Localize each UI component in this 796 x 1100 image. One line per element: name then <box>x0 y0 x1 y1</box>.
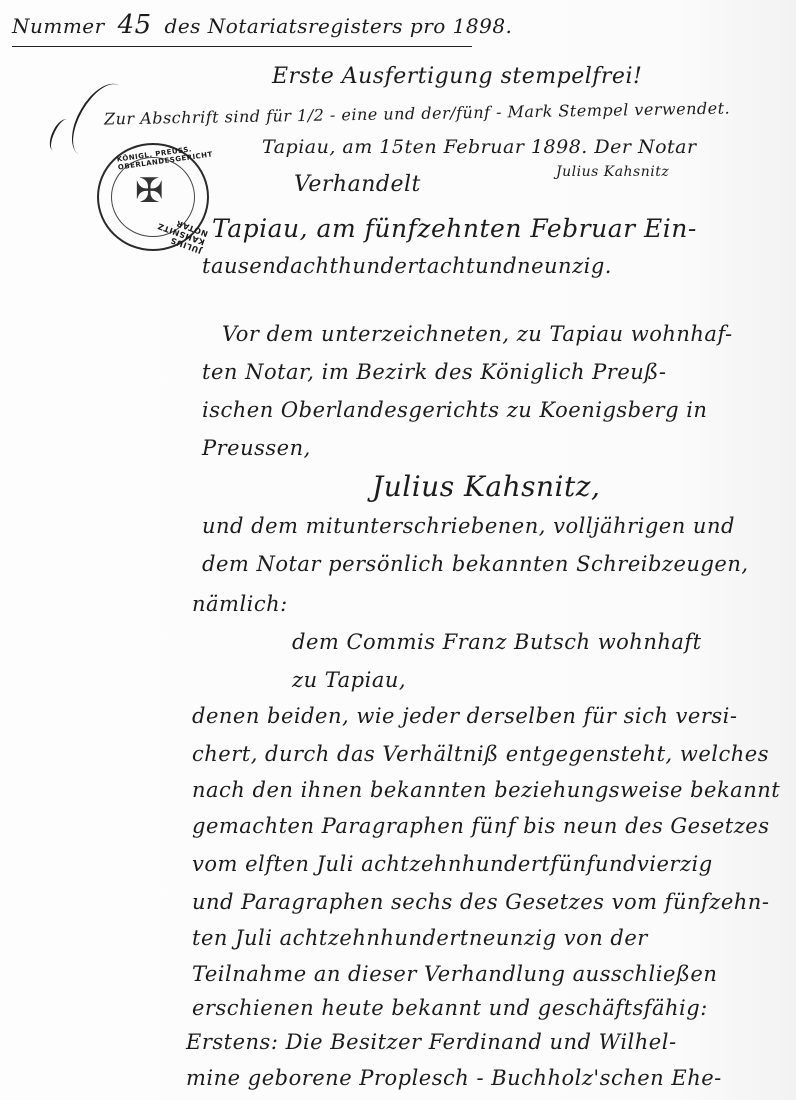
body-line: Erstens: Die Besitzer Ferdinand und Wilh… <box>186 1030 677 1054</box>
register-number: 45 <box>118 10 152 40</box>
body-line: ten Juli achtzehnhundertneunzig von der <box>192 926 648 950</box>
document-page: Nummer 45 des Notariatsregisters pro 189… <box>0 0 796 1100</box>
body-line: Teilnahme an dieser Verhandlung ausschli… <box>192 962 717 986</box>
header-prefix: Nummer <box>12 14 105 38</box>
register-number-header: Nummer 45 des Notariatsregisters pro 189… <box>12 10 472 47</box>
body-line: zu Tapiau, <box>292 668 406 692</box>
body-line: gemachten Paragraphen fünf bis neun des … <box>192 814 770 838</box>
body-line: nach den ihnen bekannten beziehungsweise… <box>192 778 780 802</box>
notary-seal: KÖNIGL. PREUSS. OBERLANDESGERICHT ✠ JULI… <box>97 143 209 251</box>
body-line: erschienen heute bekannt und geschäftsfä… <box>192 996 708 1020</box>
body-line: tausendachthundertachtundneunzig. <box>202 254 612 278</box>
annotation-line-2: Zur Abschrift sind für 1/2 - eine und de… <box>104 99 730 129</box>
party-name: Julius Kahsnitz, <box>372 470 600 503</box>
annotation-line-3: Tapiau, am 15ten Februar 1898. Der Notar <box>262 136 697 158</box>
witness-line: dem Commis Franz Butsch wohnhaft <box>292 630 702 654</box>
annotation-line-1: Erste Ausfertigung stempelfrei! <box>272 64 642 89</box>
body-line: ten Notar, im Bezirk des Königlich Preuß… <box>202 360 666 384</box>
header-suffix: des Notariatsregisters pro 1898. <box>165 14 513 38</box>
body-line: dem Notar persönlich bekannten Schreibze… <box>202 552 749 576</box>
body-line: vom elften Juli achtzehnhundertfünfundvi… <box>192 852 713 876</box>
body-line: chert, durch das Verhältniß entgegensteh… <box>192 742 769 766</box>
document-title: Verhandelt <box>294 172 421 197</box>
body-line: und Paragraphen sechs des Gesetzes vom f… <box>192 890 769 914</box>
body-line: Vor dem unterzeichneten, zu Tapiau wohnh… <box>222 322 733 346</box>
body-line: denen beiden, wie jeder derselben für si… <box>192 704 737 728</box>
body-line: und dem mitunterschriebenen, volljährige… <box>202 514 735 538</box>
body-line: Tapiau, am fünfzehnten Februar Ein- <box>212 214 697 243</box>
margin-flourish <box>46 116 75 154</box>
notary-signature: Julius Kahsnitz <box>556 164 669 180</box>
body-line: Preussen, <box>202 436 311 460</box>
body-line: nämlich: <box>192 592 288 616</box>
body-line: ischen Oberlandesgerichts zu Koenigsberg… <box>202 398 707 422</box>
body-line: mine geborene Proplesch - Buchholz'schen… <box>186 1066 722 1090</box>
